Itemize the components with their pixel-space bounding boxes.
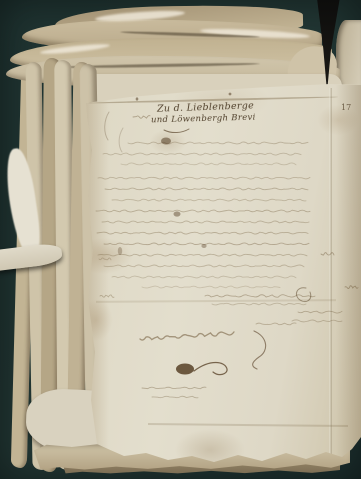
script-line (212, 303, 306, 305)
script-line (345, 286, 358, 289)
script-line (140, 332, 234, 340)
ink-flourish (253, 331, 266, 369)
ink-flourish (105, 112, 109, 140)
script-line (152, 396, 198, 398)
script-line (256, 323, 296, 325)
script-line (121, 163, 296, 165)
script-line (97, 232, 308, 234)
script-line (104, 243, 309, 245)
ink-flourish (119, 128, 123, 152)
script-line (142, 387, 206, 389)
script-line (98, 177, 310, 179)
script-line (292, 320, 342, 322)
script-line (105, 188, 308, 190)
ink-flourish (164, 129, 189, 133)
script-line (142, 286, 280, 288)
ink-blot (229, 93, 232, 96)
script-line (104, 265, 304, 267)
script-line (96, 210, 310, 212)
script-line (321, 253, 334, 255)
script-line (112, 199, 306, 201)
script-line (112, 276, 296, 278)
script-line (205, 295, 315, 297)
script-line (103, 153, 301, 155)
archival-manuscript-photo: Zu d. Lieblenberge und Löwenbergh Brevi … (0, 0, 361, 479)
ink-blot (176, 364, 194, 375)
script-line (99, 258, 111, 260)
script-line (102, 221, 309, 223)
ink-blot (118, 247, 122, 255)
script-line (298, 311, 342, 313)
script-line (100, 295, 114, 297)
script-line (128, 142, 308, 144)
ink-blot (136, 97, 139, 100)
ink-blot (161, 138, 171, 145)
script-line (98, 254, 307, 256)
ink-blot (174, 211, 181, 216)
ink-flourish (194, 363, 227, 375)
ink-blot (201, 244, 206, 248)
script-line (133, 116, 150, 119)
